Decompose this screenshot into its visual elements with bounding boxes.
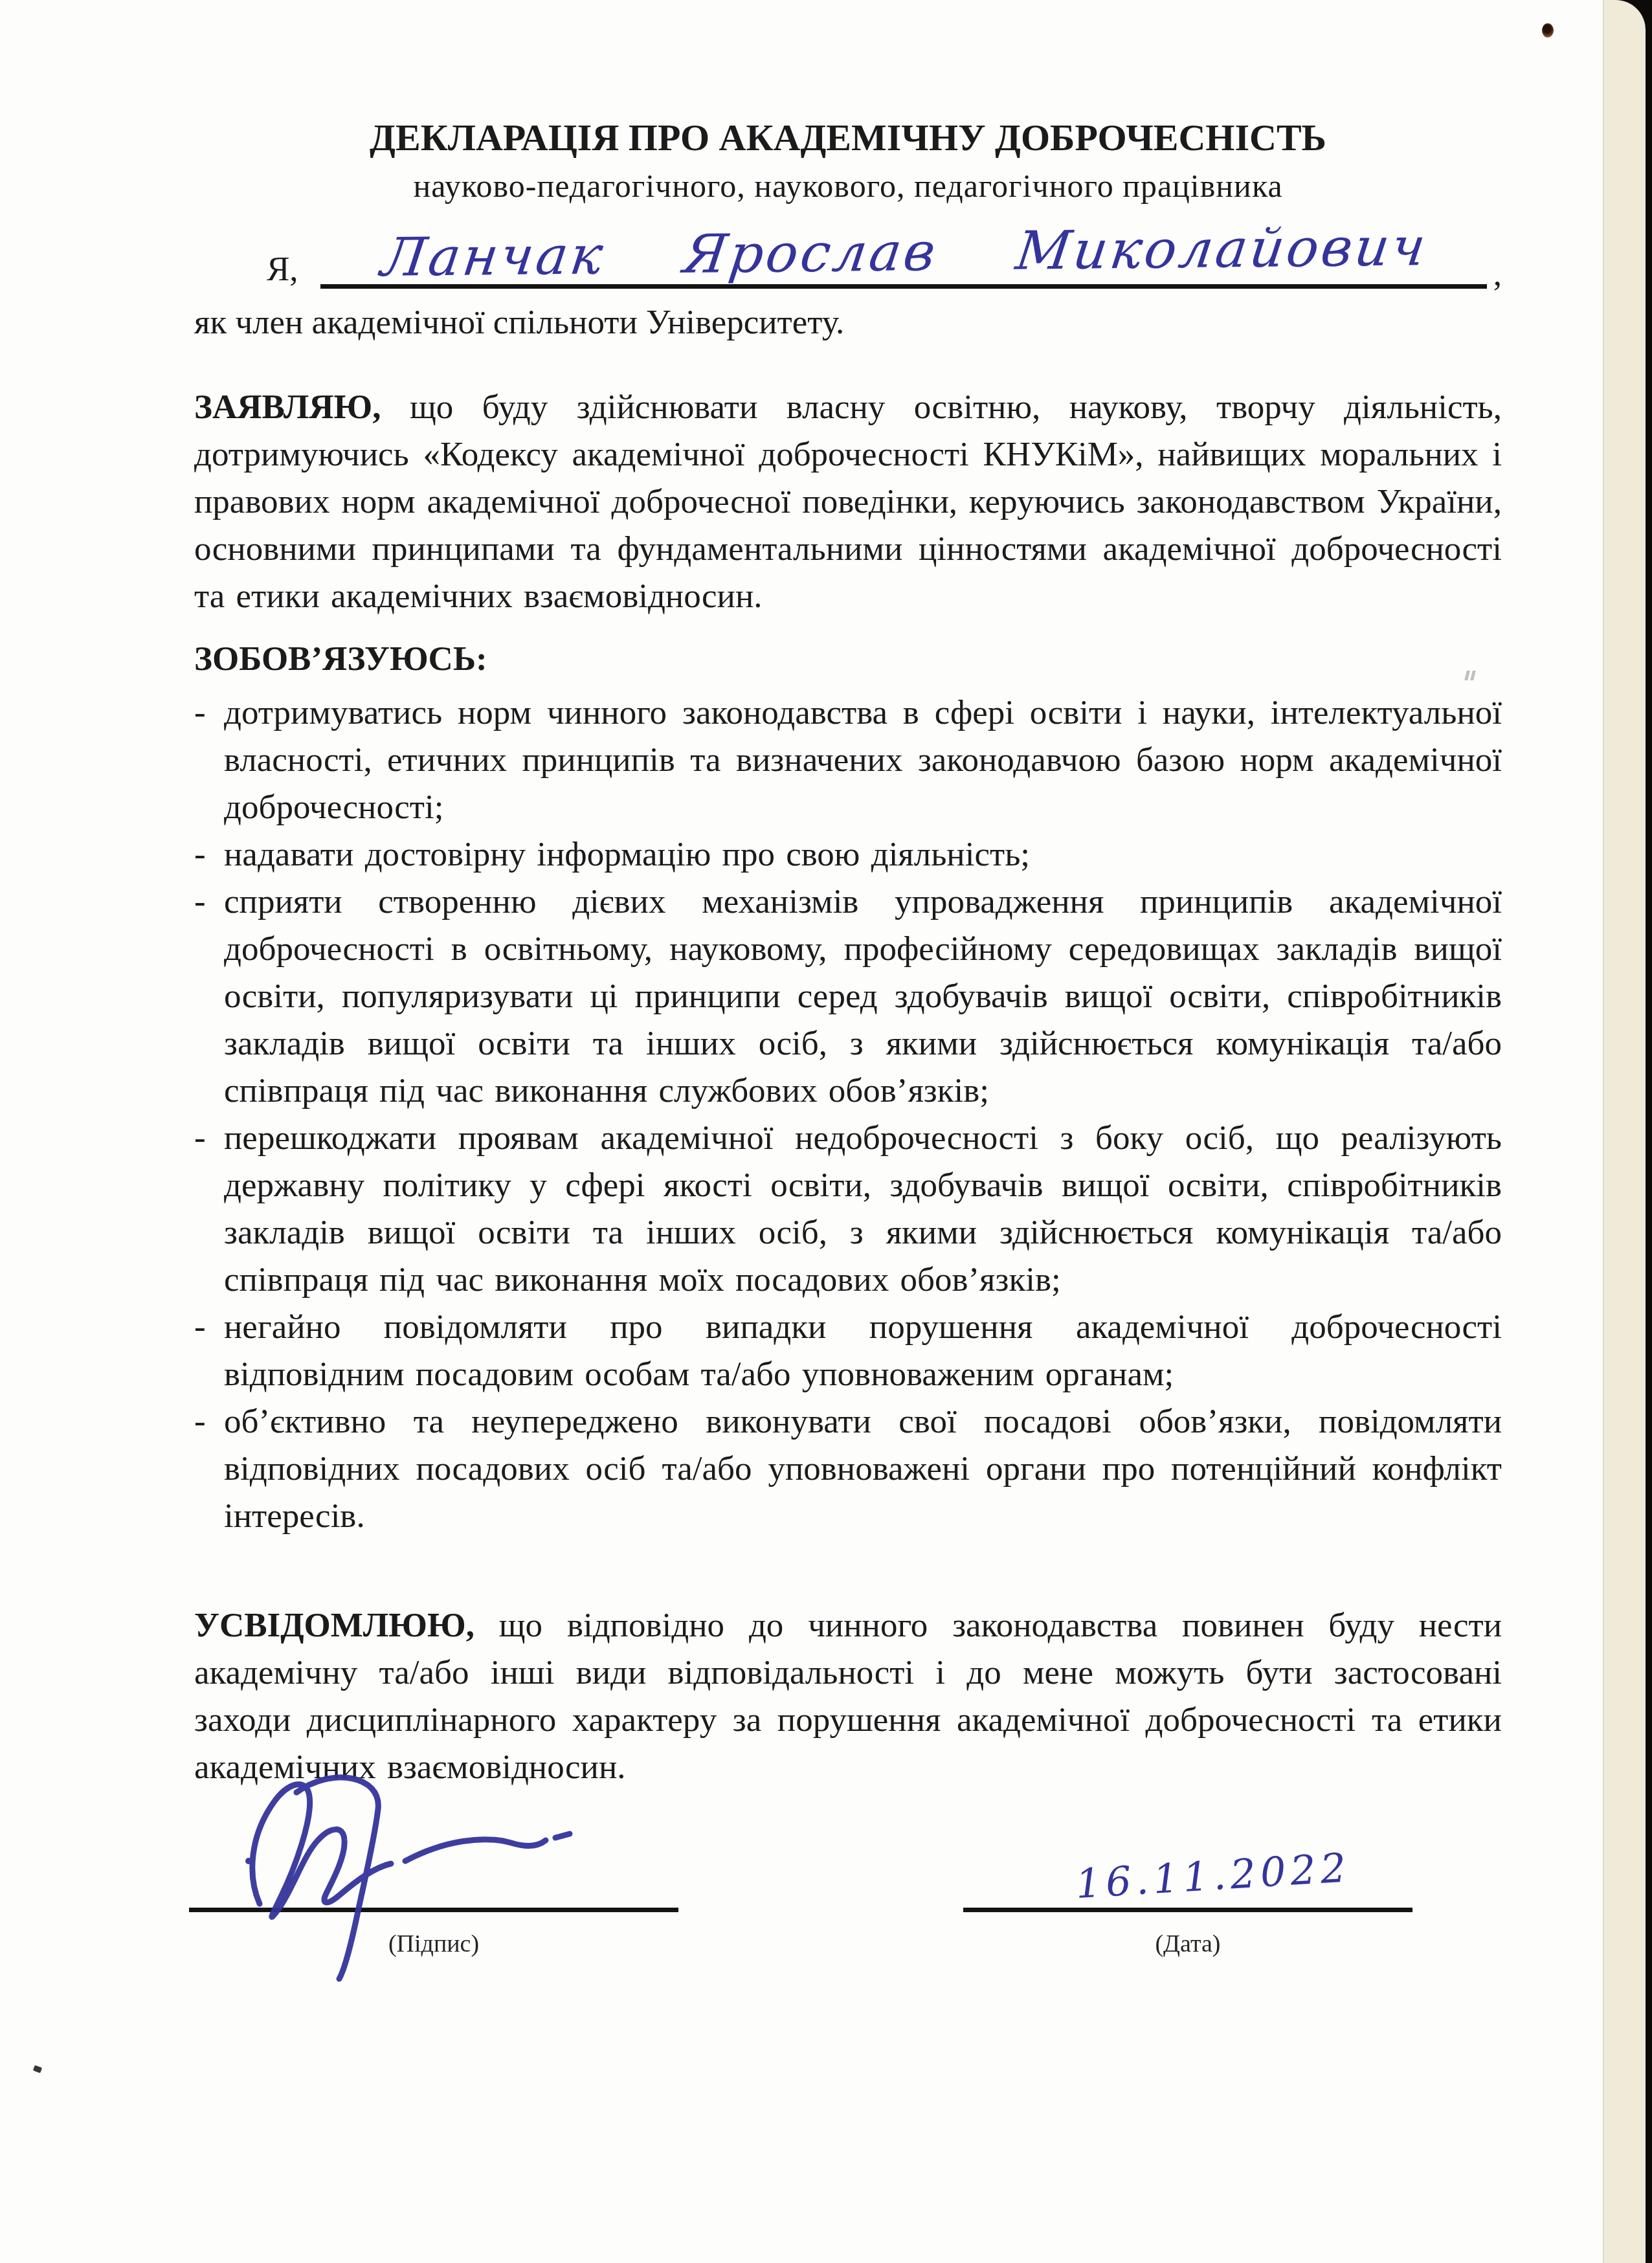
list-item-text: негайно повідомляти про випадки порушенн… bbox=[224, 1304, 1502, 1398]
list-item-text: надавати достовірну інформацію про свою … bbox=[224, 831, 1502, 878]
statement-lead-word: ЗАЯВЛЯЮ, bbox=[194, 388, 381, 426]
bullet-marker: - bbox=[194, 1398, 224, 1445]
list-item-text: перешкоджати проявам академічної недобро… bbox=[224, 1115, 1502, 1304]
pronoun-label: Я, bbox=[267, 250, 320, 289]
date-line bbox=[963, 1908, 1412, 1912]
list-item: - перешкоджати проявам академічної недоб… bbox=[194, 1115, 1502, 1304]
list-item: - дотримуватись норм чинного законодавст… bbox=[194, 689, 1502, 831]
signature-column: (Підпис) bbox=[189, 1853, 678, 1959]
acknowledgement-lead-word: УСВІДОМЛЮЮ, bbox=[194, 1607, 474, 1644]
list-item: - сприяти створенню дієвих механізмів уп… bbox=[194, 878, 1502, 1115]
statement-paragraph: ЗАЯВЛЯЮ, що буду здійснювати власну осві… bbox=[194, 384, 1502, 620]
handwritten-date: 16.11.2022 bbox=[1075, 1844, 1352, 1908]
date-ink-zone: 16.11.2022 bbox=[963, 1853, 1412, 1908]
statement-text: що буду здійснювати власну освітню, наук… bbox=[194, 388, 1502, 615]
scan-speck bbox=[33, 2065, 42, 2073]
bullet-marker: - bbox=[194, 1304, 224, 1351]
date-column: 16.11.2022 (Дата) bbox=[963, 1853, 1412, 1959]
signature-ink bbox=[211, 1763, 574, 1980]
list-item: - негайно повідомляти про випадки поруше… bbox=[194, 1304, 1502, 1398]
signature-row: (Підпис) 16.11.2022 (Дата) bbox=[194, 1853, 1502, 1959]
obligations-list: - дотримуватись норм чинного законодавст… bbox=[194, 689, 1502, 1540]
scan-page-edge bbox=[1603, 0, 1646, 2263]
list-item-text: об’єктивно та неупереджено виконувати св… bbox=[224, 1398, 1502, 1540]
handwritten-name: Ланчак Ярослав Миколайович bbox=[379, 223, 1431, 282]
bullet-marker: - bbox=[194, 831, 224, 878]
list-item-text: сприяти створенню дієвих механізмів упро… bbox=[224, 878, 1502, 1115]
signature-spacer bbox=[678, 1853, 963, 1959]
scanned-declaration-page: ДЕКЛАРАЦІЯ ПРО АКАДЕМІЧНУ ДОБРОЧЕСНІСТЬ … bbox=[0, 0, 1652, 2263]
staple-hole bbox=[1542, 23, 1554, 38]
bullet-marker: - bbox=[194, 689, 224, 737]
list-item: - надавати достовірну інформацію про сво… bbox=[194, 831, 1502, 878]
document-title: ДЕКЛАРАЦІЯ ПРО АКАДЕМІЧНУ ДОБРОЧЕСНІСТЬ bbox=[194, 115, 1502, 161]
trailing-comma: , bbox=[1487, 259, 1502, 289]
scan-background-strip bbox=[1646, 0, 1652, 2263]
obligations-heading: ЗОБОВ’ЯЗУЮСЬ: bbox=[194, 636, 1502, 683]
list-item: - об’єктивно та неупереджено виконувати … bbox=[194, 1398, 1502, 1540]
document-content: ДЕКЛАРАЦІЯ ПРО АКАДЕМІЧНУ ДОБРОЧЕСНІСТЬ … bbox=[194, 0, 1502, 1959]
declarant-name-row: Я, Ланчак Ярослав Миколайович , bbox=[194, 219, 1502, 289]
document-subtitle: науково-педагогічного, наукового, педаго… bbox=[194, 166, 1502, 206]
name-blank-line: Ланчак Ярослав Миколайович bbox=[320, 214, 1487, 289]
bullet-marker: - bbox=[194, 1115, 224, 1162]
bullet-marker: - bbox=[194, 878, 224, 926]
date-label: (Дата) bbox=[963, 1929, 1412, 1959]
list-item-text: дотримуватись норм чинного законодавства… bbox=[224, 689, 1502, 831]
membership-line: як член академічної спільноти Університе… bbox=[194, 299, 1502, 346]
signature-ink-zone bbox=[189, 1853, 678, 1908]
